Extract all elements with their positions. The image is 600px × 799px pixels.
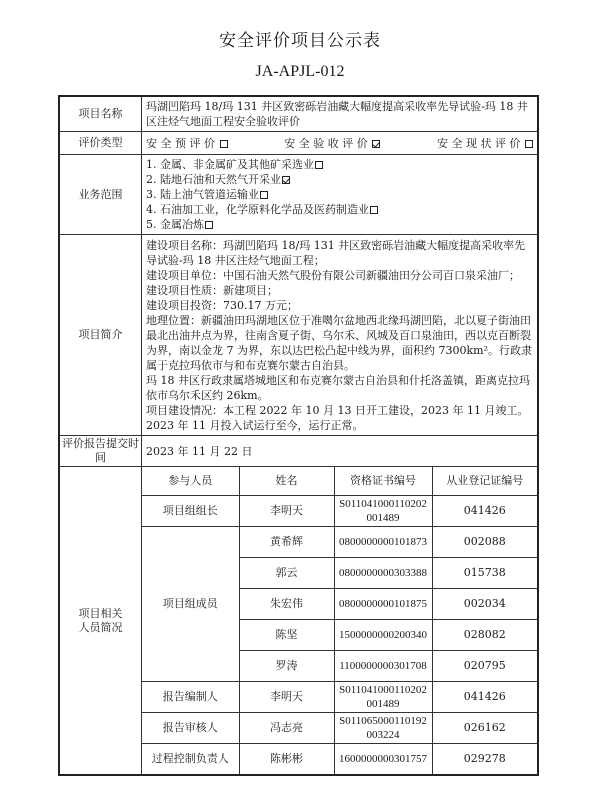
row-business-scope: 业务范围 1.金属、非金属矿及其他矿采选业 2.陆地石油和天然气开采业 3.陆上… [59,155,538,235]
scope-item[interactable]: 5.金属冶炼 [146,217,533,232]
type-option-status-evaluation[interactable]: 安 全 现 状 评 价 [437,136,533,151]
checkbox-checked-icon[interactable] [282,176,290,184]
checkbox-icon[interactable] [220,140,228,148]
reg-cell: 029278 [432,743,537,774]
name-cell: 李明天 [239,495,334,526]
reg-cell: 002088 [432,526,537,557]
evaluation-type-options: 安 全 预 评 价 安 全 验 收 评 价 安 全 现 状 评 价 [142,132,539,155]
report-date-label: 评价报告提交时间 [59,436,142,467]
checkbox-icon[interactable] [205,221,213,229]
cert-cell: 0800000000101875 [334,588,432,619]
row-report-date: 评价报告提交时间 2023 年 11 月 22 日 [59,436,538,467]
column-header: 参与人员 [142,467,239,495]
column-header: 从业登记证编号 [432,467,537,495]
role-cell: 报告编制人 [142,681,239,712]
name-cell: 陈彬彬 [239,743,334,774]
type-option-acceptance-evaluation[interactable]: 安 全 验 收 评 价 [284,136,380,151]
reg-cell: 015738 [432,557,537,588]
reg-cell: 020795 [432,650,537,681]
business-scope-label: 业务范围 [59,155,142,235]
name-cell: 陈坚 [239,619,334,650]
page-title: 安全评价项目公示表 [0,26,600,51]
project-name-label: 项目名称 [59,96,142,132]
project-intro-text: 建设项目名称：玛湖凹陷玛 18/玛 131 井区致密砾岩油藏大幅度提高采收率先导… [142,235,539,436]
reg-cell: 028082 [432,619,537,650]
personnel-label: 项目相关人员简况 [59,467,142,776]
row-evaluation-type: 评价类型 安 全 预 评 价 安 全 验 收 评 价 安 全 现 状 评 价 [59,132,538,155]
cert-cell: S011041000110202001489 [334,495,432,526]
row-project-intro: 项目简介 建设项目名称：玛湖凹陷玛 18/玛 131 井区致密砾岩油藏大幅度提高… [59,235,538,436]
project-name-value: 玛湖凹陷玛 18/玛 131 井区致密砾岩油藏大幅度提高采收率先导试验-玛 18… [142,96,539,132]
table-row: 报告审核人 冯志亮 S011065000110192003224 026162 [142,712,537,743]
scope-item[interactable]: 1.金属、非金属矿及其他矿采选业 [146,157,533,172]
name-cell: 李明天 [239,681,334,712]
project-intro-label: 项目简介 [59,235,142,436]
role-cell: 项目组成员 [142,526,239,681]
checkbox-icon[interactable] [260,191,268,199]
row-project-name: 项目名称 玛湖凹陷玛 18/玛 131 井区致密砾岩油藏大幅度提高采收率先导试验… [59,96,538,132]
reg-cell: 002034 [432,588,537,619]
name-cell: 郭云 [239,557,334,588]
checkbox-icon[interactable] [525,140,533,148]
checkbox-checked-icon[interactable] [372,140,380,148]
scope-item[interactable]: 2.陆地石油和天然气开采业 [146,172,533,187]
reg-cell: 041426 [432,681,537,712]
role-cell: 项目组组长 [142,495,239,526]
name-cell: 冯志亮 [239,712,334,743]
evaluation-type-label: 评价类型 [59,132,142,155]
personnel-table: 参与人员 姓名 资格证书编号 从业登记证编号 项目组组长 李明天 S011041… [142,467,537,774]
row-personnel: 项目相关人员简况 参与人员 姓名 资格证书编号 从业登记证编号 项目组组长 李明… [59,467,538,776]
column-header: 姓名 [239,467,334,495]
cert-cell: S011041000110202001489 [334,681,432,712]
table-row: 项目组组长 李明天 S011041000110202001489 041426 [142,495,537,526]
checkbox-icon[interactable] [370,206,378,214]
role-cell: 报告审核人 [142,712,239,743]
name-cell: 罗涛 [239,650,334,681]
column-header: 资格证书编号 [334,467,432,495]
reg-cell: 026162 [432,712,537,743]
scope-item[interactable]: 3.陆上油气管道运输业 [146,187,533,202]
name-cell: 黄希辉 [239,526,334,557]
cert-cell: 0800000000303388 [334,557,432,588]
type-option-pre-evaluation[interactable]: 安 全 预 评 价 [146,136,228,151]
document-code: JA-APJL-012 [0,63,600,81]
checkbox-icon[interactable] [315,161,323,169]
cert-cell: S011065000110192003224 [334,712,432,743]
reg-cell: 041426 [432,495,537,526]
personnel-table-cell: 参与人员 姓名 资格证书编号 从业登记证编号 项目组组长 李明天 S011041… [142,467,539,776]
table-row: 项目组成员 黄希辉 0800000000101873 002088 [142,526,537,557]
name-cell: 朱宏伟 [239,588,334,619]
business-scope-list: 1.金属、非金属矿及其他矿采选业 2.陆地石油和天然气开采业 3.陆上油气管道运… [142,155,539,235]
disclosure-table: 项目名称 玛湖凹陷玛 18/玛 131 井区致密砾岩油藏大幅度提高采收率先导试验… [58,95,539,776]
table-row: 报告编制人 李明天 S011041000110202001489 041426 [142,681,537,712]
cert-cell: 0800000000101873 [334,526,432,557]
cert-cell: 1600000000301757 [334,743,432,774]
personnel-header-row: 参与人员 姓名 资格证书编号 从业登记证编号 [142,467,537,495]
report-date-value: 2023 年 11 月 22 日 [142,436,539,467]
scope-item[interactable]: 4.石油加工业，化学原料化学品及医药制造业 [146,202,533,217]
cert-cell: 1100000000301708 [334,650,432,681]
role-cell: 过程控制负责人 [142,743,239,774]
table-row: 过程控制负责人 陈彬彬 1600000000301757 029278 [142,743,537,774]
cert-cell: 1500000000200340 [334,619,432,650]
